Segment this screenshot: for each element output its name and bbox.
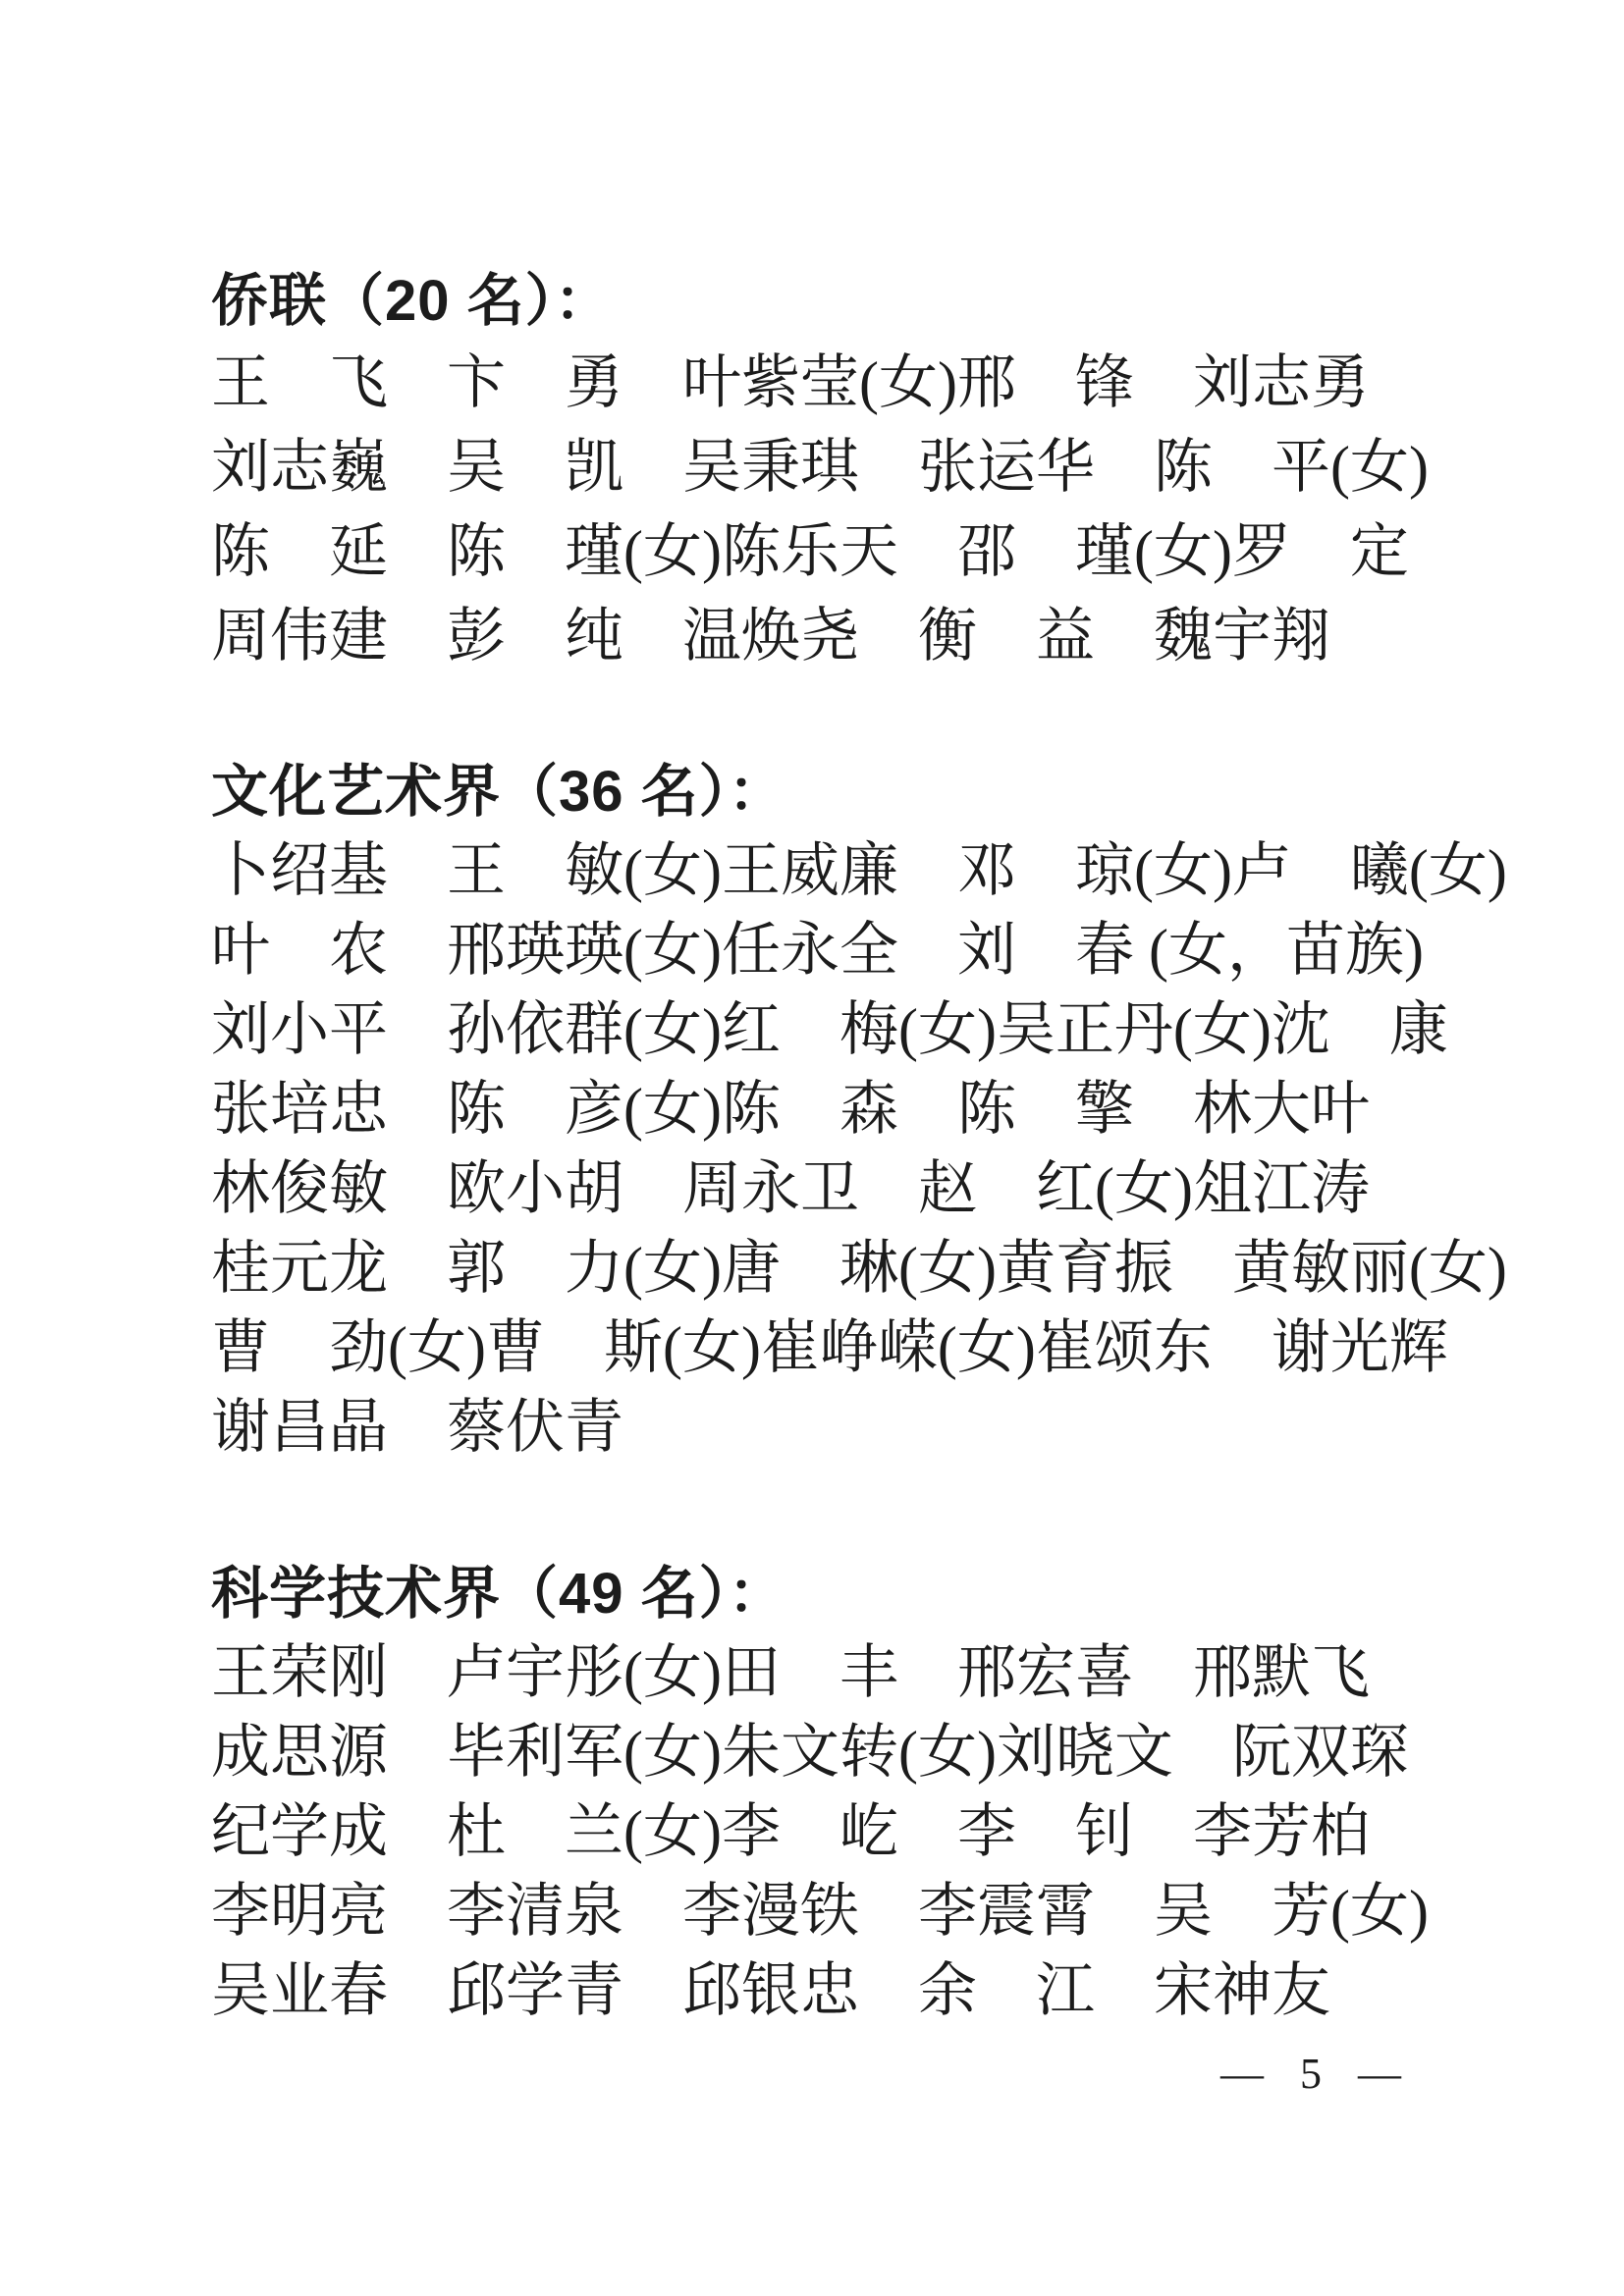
person-name: 朱文转(女) bbox=[722, 1713, 997, 1792]
name-row: 纪学成杜 兰(女)李 屹李 钊李芳柏 bbox=[211, 1792, 1506, 1872]
document-page: 侨联（20 名）： 王 飞卞 勇叶紫莹(女)邢 锋刘志勇刘志巍吴 凯吴秉琪张运华… bbox=[0, 0, 1624, 2296]
person-name: 周永卫 bbox=[682, 1149, 859, 1229]
name-row: 桂元龙郭 力(女)唐 琳(女)黄育振黄敏丽(女) bbox=[211, 1229, 1506, 1308]
person-name: 刘志勇 bbox=[1193, 341, 1370, 425]
person-name: 曹 斯(女) bbox=[486, 1308, 761, 1388]
person-name: 彭 纯 bbox=[447, 594, 623, 678]
person-name: 陈 擎 bbox=[957, 1070, 1134, 1149]
person-name: 衡 益 bbox=[918, 594, 1095, 678]
person-name: 阮双琛 bbox=[1232, 1713, 1409, 1792]
person-name: 陈 森 bbox=[722, 1070, 898, 1149]
person-name: 陈 平(女) bbox=[1154, 425, 1429, 509]
person-name: 吴业春 bbox=[211, 1951, 388, 2031]
person-name: 余 江 bbox=[918, 1951, 1095, 2031]
person-name: 陈 延 bbox=[211, 509, 388, 594]
person-name: 赵 红(女) bbox=[918, 1149, 1193, 1229]
person-name: 李漫铁 bbox=[682, 1872, 859, 1951]
person-name: 任永全 bbox=[722, 911, 898, 990]
person-name: 张运华 bbox=[918, 425, 1095, 509]
person-name: 蔡伏青 bbox=[447, 1388, 623, 1468]
person-name: 黄敏丽(女) bbox=[1232, 1229, 1507, 1308]
person-name: 邢 锋 bbox=[957, 341, 1134, 425]
person-name: 卢 曦(女) bbox=[1232, 831, 1507, 911]
person-name: 李 钊 bbox=[957, 1792, 1134, 1872]
footer-dash-left: — bbox=[1220, 2050, 1264, 2099]
person-name: 王威廉 bbox=[722, 831, 898, 911]
person-name: 邓 琼(女) bbox=[957, 831, 1232, 911]
person-name: 刘 春 (女，苗族) bbox=[957, 911, 1424, 990]
person-name: 陈 彦(女) bbox=[447, 1070, 722, 1149]
person-name: 王 敏(女) bbox=[447, 831, 722, 911]
person-name: 吴 凯 bbox=[447, 425, 623, 509]
person-name: 崔颂东 bbox=[1036, 1308, 1213, 1388]
person-name: 魏宇翔 bbox=[1154, 594, 1330, 678]
footer-page-number: 5 bbox=[1300, 2050, 1322, 2099]
section-title: 科学技术界（49 名）： bbox=[211, 1555, 1506, 1633]
person-name: 刘晓文 bbox=[997, 1713, 1173, 1792]
name-row: 叶 农邢瑛瑛(女)任永全刘 春 (女，苗族) bbox=[211, 911, 1506, 990]
person-name: 毕利军(女) bbox=[447, 1713, 722, 1792]
person-name: 吴秉琪 bbox=[682, 425, 859, 509]
name-row: 李明亮李清泉李漫铁李震霄吴 芳(女) bbox=[211, 1872, 1506, 1951]
person-name: 谢昌晶 bbox=[211, 1388, 388, 1468]
person-name: 李清泉 bbox=[447, 1872, 623, 1951]
name-list: 卜绍基王 敏(女)王威廉邓 琼(女)卢 曦(女)叶 农邢瑛瑛(女)任永全刘 春 … bbox=[211, 831, 1506, 1468]
section-qiaolian: 侨联（20 名）： 王 飞卞 勇叶紫莹(女)邢 锋刘志勇刘志巍吴 凯吴秉琪张运华… bbox=[211, 262, 1506, 678]
person-name: 叶紫莹(女) bbox=[682, 341, 957, 425]
person-name: 李芳柏 bbox=[1193, 1792, 1370, 1872]
name-row: 刘小平孙依群(女)红 梅(女)吴正丹(女)沈 康 bbox=[211, 990, 1506, 1070]
person-name: 红 梅(女) bbox=[722, 990, 997, 1070]
person-name: 王荣刚 bbox=[211, 1633, 388, 1713]
name-row: 卜绍基王 敏(女)王威廉邓 琼(女)卢 曦(女) bbox=[211, 831, 1506, 911]
person-name: 周伟建 bbox=[211, 594, 388, 678]
person-name: 叶 农 bbox=[211, 911, 388, 990]
page-number: — 5 — bbox=[1220, 2050, 1401, 2099]
name-row: 刘志巍吴 凯吴秉琪张运华陈 平(女) bbox=[211, 425, 1506, 509]
person-name: 李明亮 bbox=[211, 1872, 388, 1951]
person-name: 田 丰 bbox=[722, 1633, 898, 1713]
person-name: 崔峥嵘(女) bbox=[761, 1308, 1036, 1388]
section-science-tech: 科学技术界（49 名）： 王荣刚卢宇彤(女)田 丰邢宏喜邢默飞成思源毕利军(女)… bbox=[211, 1555, 1506, 2031]
person-name: 桂元龙 bbox=[211, 1229, 388, 1308]
person-name: 纪学成 bbox=[211, 1792, 388, 1872]
person-name: 林俊敏 bbox=[211, 1149, 388, 1229]
name-row: 曹 劲(女)曹 斯(女)崔峥嵘(女)崔颂东谢光辉 bbox=[211, 1308, 1506, 1388]
person-name: 吴正丹(女) bbox=[997, 990, 1272, 1070]
person-name: 卢宇彤(女) bbox=[447, 1633, 722, 1713]
person-name: 邱银忠 bbox=[682, 1951, 859, 2031]
person-name: 陈 瑾(女) bbox=[447, 509, 722, 594]
person-name: 邱学青 bbox=[447, 1951, 623, 2031]
person-name: 俎江涛 bbox=[1193, 1149, 1370, 1229]
person-name: 郭 力(女) bbox=[447, 1229, 722, 1308]
person-name: 陈乐天 bbox=[722, 509, 898, 594]
person-name: 林大叶 bbox=[1193, 1070, 1370, 1149]
person-name: 李震霄 bbox=[918, 1872, 1095, 1951]
name-row: 吴业春邱学青邱银忠余 江宋神友 bbox=[211, 1951, 1506, 2031]
person-name: 邢默飞 bbox=[1193, 1633, 1370, 1713]
person-name: 邢宏喜 bbox=[957, 1633, 1134, 1713]
person-name: 温焕尧 bbox=[682, 594, 859, 678]
person-name: 谢光辉 bbox=[1272, 1308, 1448, 1388]
person-name: 孙依群(女) bbox=[447, 990, 722, 1070]
person-name: 曹 劲(女) bbox=[211, 1308, 486, 1388]
person-name: 成思源 bbox=[211, 1713, 388, 1792]
person-name: 李 屹 bbox=[722, 1792, 898, 1872]
person-name: 邢瑛瑛(女) bbox=[447, 911, 722, 990]
person-name: 卜绍基 bbox=[211, 831, 388, 911]
person-name: 王 飞 bbox=[211, 341, 388, 425]
name-row: 王荣刚卢宇彤(女)田 丰邢宏喜邢默飞 bbox=[211, 1633, 1506, 1713]
name-row: 周伟建彭 纯温焕尧衡 益魏宇翔 bbox=[211, 594, 1506, 678]
person-name: 欧小胡 bbox=[447, 1149, 623, 1229]
name-list: 王荣刚卢宇彤(女)田 丰邢宏喜邢默飞成思源毕利军(女)朱文转(女)刘晓文阮双琛纪… bbox=[211, 1633, 1506, 2031]
person-name: 唐 琳(女) bbox=[722, 1229, 997, 1308]
section-title: 侨联（20 名）： bbox=[211, 262, 1506, 341]
name-row: 谢昌晶蔡伏青 bbox=[211, 1388, 1506, 1468]
person-name: 刘小平 bbox=[211, 990, 388, 1070]
name-row: 成思源毕利军(女)朱文转(女)刘晓文阮双琛 bbox=[211, 1713, 1506, 1792]
name-row: 张培忠陈 彦(女)陈 森陈 擎林大叶 bbox=[211, 1070, 1506, 1149]
name-row: 王 飞卞 勇叶紫莹(女)邢 锋刘志勇 bbox=[211, 341, 1506, 425]
section-title: 文化艺术界（36 名）： bbox=[211, 753, 1506, 831]
person-name: 黄育振 bbox=[997, 1229, 1173, 1308]
person-name: 邵 瑾(女) bbox=[957, 509, 1232, 594]
footer-dash-right: — bbox=[1358, 2050, 1401, 2099]
person-name: 沈 康 bbox=[1272, 990, 1448, 1070]
person-name: 宋神友 bbox=[1154, 1951, 1330, 2031]
person-name: 刘志巍 bbox=[211, 425, 388, 509]
person-name: 卞 勇 bbox=[447, 341, 623, 425]
section-culture-art: 文化艺术界（36 名）： 卜绍基王 敏(女)王威廉邓 琼(女)卢 曦(女)叶 农… bbox=[211, 753, 1506, 1468]
person-name: 罗 定 bbox=[1232, 509, 1409, 594]
person-name: 杜 兰(女) bbox=[447, 1792, 722, 1872]
person-name: 吴 芳(女) bbox=[1154, 1872, 1429, 1951]
person-name: 张培忠 bbox=[211, 1070, 388, 1149]
name-row: 陈 延陈 瑾(女)陈乐天邵 瑾(女)罗 定 bbox=[211, 509, 1506, 594]
name-list: 王 飞卞 勇叶紫莹(女)邢 锋刘志勇刘志巍吴 凯吴秉琪张运华陈 平(女)陈 延陈… bbox=[211, 341, 1506, 678]
name-row: 林俊敏欧小胡周永卫赵 红(女)俎江涛 bbox=[211, 1149, 1506, 1229]
